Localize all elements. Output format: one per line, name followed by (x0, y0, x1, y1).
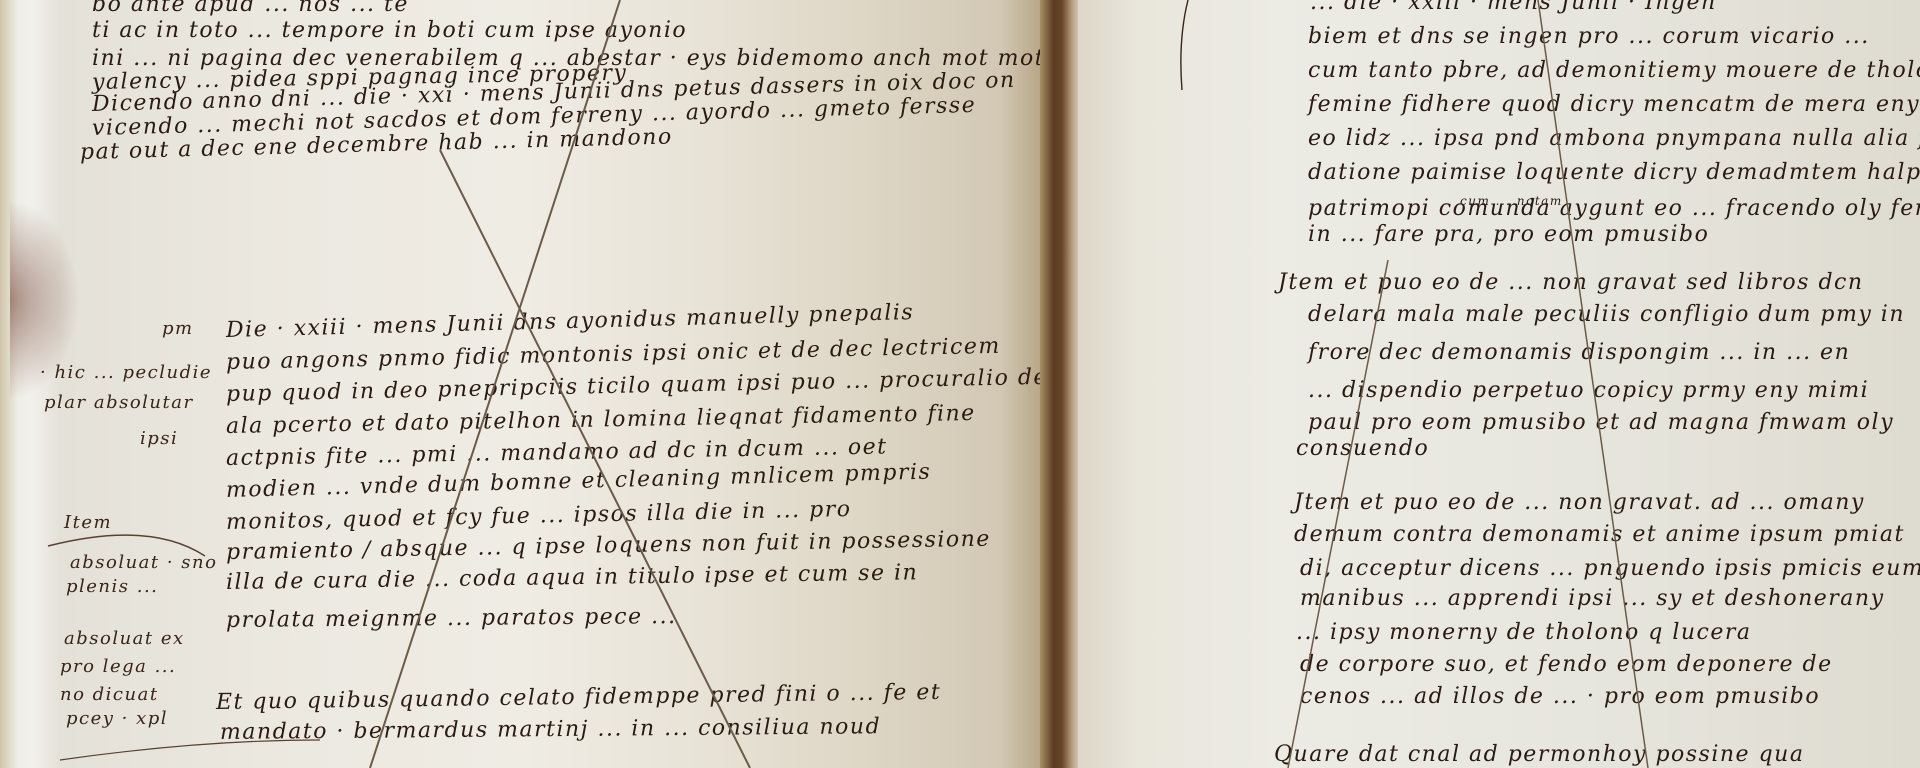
cancellation-strike-lines (0, 0, 1050, 768)
book-gutter (1040, 0, 1080, 768)
left-page: bo ante apud ... nos ... te ti ac in tot… (0, 0, 1050, 768)
cancellation-strike-lines (1078, 0, 1920, 768)
right-page: ... die · xxiii · mens Junii · Ingen bie… (1078, 0, 1920, 768)
